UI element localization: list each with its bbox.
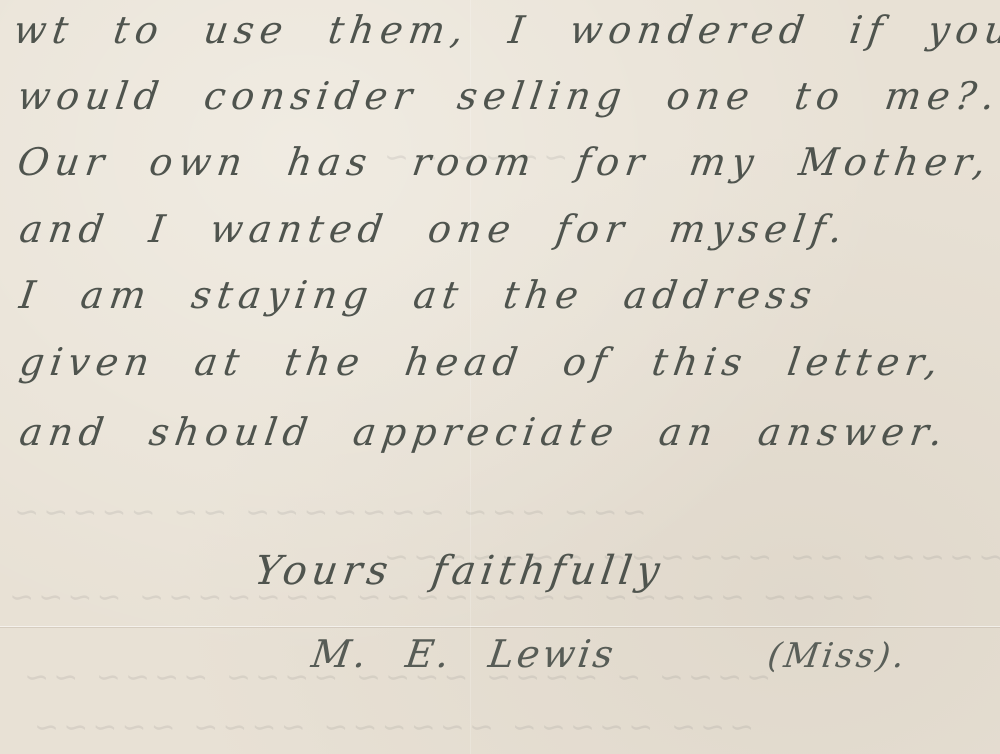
- letter-body-line: wt to use them, I wondered if you: [11, 8, 1000, 52]
- letter-body-line: I am staying at the address: [17, 273, 820, 317]
- letter-closing: Yours faithfully: [252, 548, 668, 594]
- paper-fold-line: [0, 626, 1000, 627]
- bleed-through-text: ~~~ ~~~ ~~~~~~~ ~~ ~~~~~: [8, 495, 650, 530]
- letter-body-line: given at the head of this letter,: [17, 340, 947, 384]
- letter-page: ~~~ ~~~ ~~~~~~~ ~~ ~~~~~ ~~~~~~~ ~~ ~~~~…: [0, 0, 1000, 754]
- letter-signature: M. E. Lewis: [309, 632, 619, 676]
- bleed-through-text: ~~~ ~~~~~ ~~~~~~ ~~~~ ~~~~~: [28, 710, 757, 745]
- letter-body-line: and should appreciate an answer.: [17, 410, 951, 454]
- letter-body-line: Our own has room for my Mother,: [15, 140, 995, 184]
- signature-title: (Miss).: [765, 636, 910, 676]
- letter-body-line: would consider selling one to me?.: [15, 74, 1000, 118]
- letter-body-line: and I wanted one for myself.: [17, 207, 851, 251]
